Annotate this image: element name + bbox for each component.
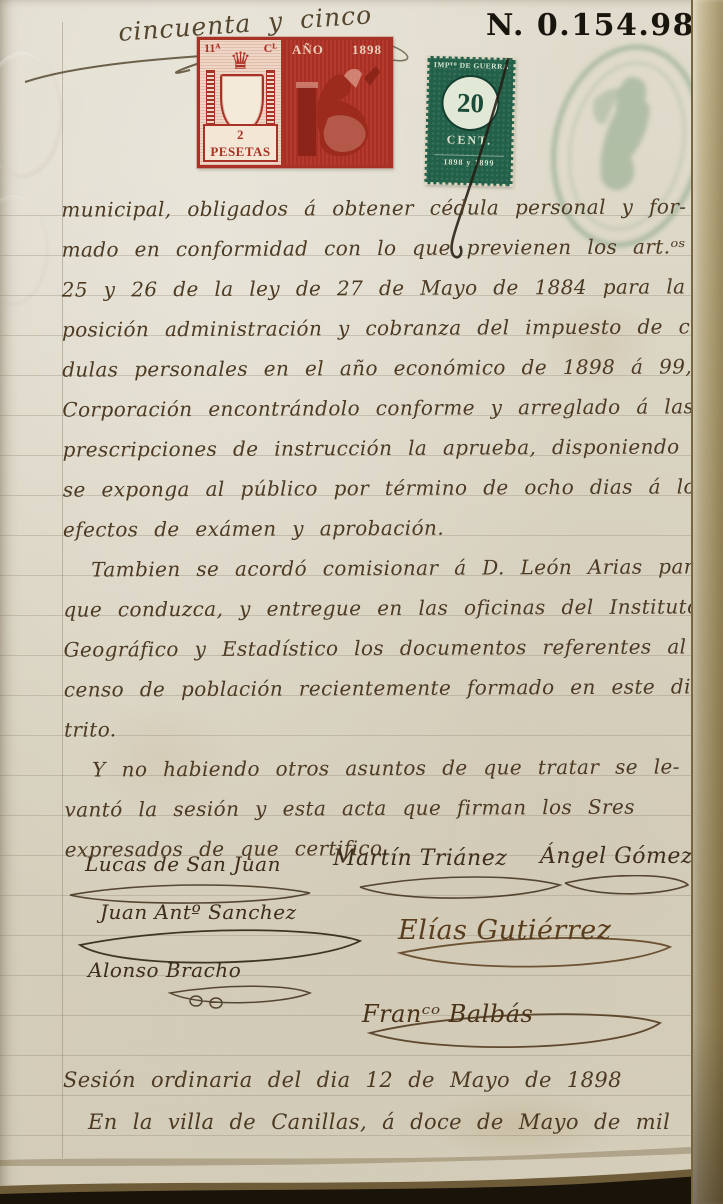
revenue-stamp: 11ᴬ Cᴸ ♛ 2 PESETAS AÑO 1898: [197, 37, 393, 168]
stamp-year: 1898: [352, 42, 382, 58]
allegory-figure-icon: [284, 58, 390, 165]
war-tax-stamp: IMPᵀᴼ DE GUERRA 20 CENT. 1898 y 1899: [424, 56, 515, 186]
manuscript-body: municipal, obligados á obtener cédula pe…: [61, 186, 705, 869]
signature: Alonso Bracho: [88, 958, 241, 982]
signature: Elías Gutiérrez: [398, 915, 611, 946]
manuscript-line: Geográfico y Estadístico los documentos …: [64, 626, 704, 669]
manuscript-line: Y no habiendo otros asuntos de que trata…: [64, 746, 704, 789]
manuscript-line: 25 y 26 de la ley de 27 de Mayo de 1884 …: [62, 266, 702, 309]
signature: Lucas de San Juan: [85, 852, 281, 876]
war-tax-title: IMPᵀᴼ DE GUERRA: [427, 56, 515, 71]
manuscript-line: efectos de exámen y aprobación.: [63, 506, 703, 549]
signature: Franᶜᵒ Balbás: [362, 1000, 533, 1028]
serial-number: N. 0.154.989: [486, 8, 717, 43]
manuscript-line: Tambien se acordó comisionar á D. León A…: [63, 546, 703, 589]
stamp-year-label: AÑO: [292, 42, 324, 58]
war-tax-years: 1898 y 1899: [434, 154, 505, 168]
manuscript-line: posición administración y cobranza del i…: [62, 306, 702, 349]
embossed-dry-seal: [0, 52, 62, 177]
manuscript-line: dulas personales en el año económico de …: [62, 346, 702, 389]
manuscript-line: censo de población recientemente formado…: [64, 666, 704, 709]
revenue-stamp-right-panel: AÑO 1898: [284, 40, 390, 165]
manuscript-line: municipal, obligados á obtener cédula pe…: [61, 186, 701, 229]
manuscript-line: trito.: [64, 706, 704, 749]
manuscript-line: vantó la sesión y esta acta que firman l…: [64, 786, 704, 829]
war-tax-value: 20: [457, 87, 485, 119]
session-opening-line: En la villa de Canillas, á doce de Mayo …: [88, 1110, 670, 1134]
document-page: cincuenta y cinco N. 0.154.989 11ᴬ Cᴸ ♛ …: [0, 0, 723, 1204]
manuscript-line: Corporación encontrándolo conforme y arr…: [62, 386, 702, 429]
signature: Juan Antº Sanchez: [100, 900, 297, 924]
session-heading: Sesión ordinaria del dia 12 de Mayo de 1…: [63, 1068, 622, 1092]
revenue-stamp-left-panel: 11ᴬ Cᴸ ♛ 2 PESETAS: [200, 40, 284, 165]
manuscript-line: mado en conformidad con lo que previenen…: [61, 226, 701, 269]
manuscript-line: prescripciones de instrucción la aprueba…: [62, 426, 702, 469]
signature: Martín Triánez: [333, 846, 507, 871]
stamp-denomination: 2 PESETAS: [203, 124, 278, 162]
war-tax-unit: CENT.: [425, 132, 513, 149]
manuscript-line: se exponga al público por término de och…: [63, 466, 703, 509]
manuscript-line: que conduzca, y entregue en las oficinas…: [63, 586, 703, 629]
book-binding-edge: [691, 0, 723, 1204]
war-tax-value-oval: 20: [441, 74, 500, 131]
signature: Ángel Gómez: [540, 844, 693, 869]
